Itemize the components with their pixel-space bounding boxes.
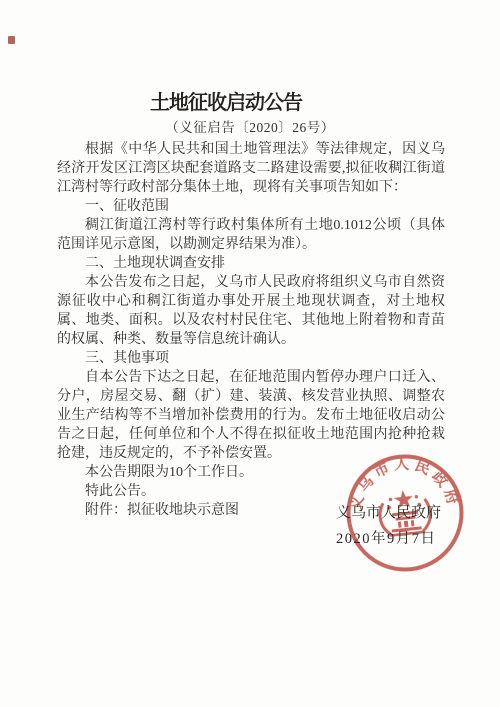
paragraph: 一、征收范围 [57, 197, 445, 216]
paragraph: 本公告发布之日起，义乌市人民政府将组织义乌市自然资源征收中心和稠江街道办事处开展… [57, 273, 445, 349]
document-title: 土地征收启动公告 [0, 86, 452, 115]
paragraph: 根据《中华人民共和国土地管理法》等法律规定，因义乌经济开发区江湾区块配套道路支二… [57, 140, 445, 197]
issue-date: 2020年9月7日 [336, 527, 456, 548]
paragraph: 稠江街道江湾村等行政村集体所有土地0.1012公顷（具体范围详见示意图，以勘测定… [57, 216, 445, 254]
scanned-document-page: 土地征收启动公告 （义征启告〔2020〕26号） 根据《中华人民共和国土地管理法… [0, 0, 500, 707]
paragraph: 二、土地现状调查安排 [57, 254, 445, 273]
scan-artifact-mark [8, 36, 15, 44]
document-number: （义征启告〔2020〕26号） [0, 116, 500, 136]
paragraph: 自本公告下达之日起，在征地范围内暂停办理户口迁入、分户，房屋交易、翻（扩）建、装… [57, 368, 445, 463]
issuer-signature: 义乌市人民政府 [336, 501, 446, 522]
paragraph: 三、其他事项 [57, 349, 445, 368]
